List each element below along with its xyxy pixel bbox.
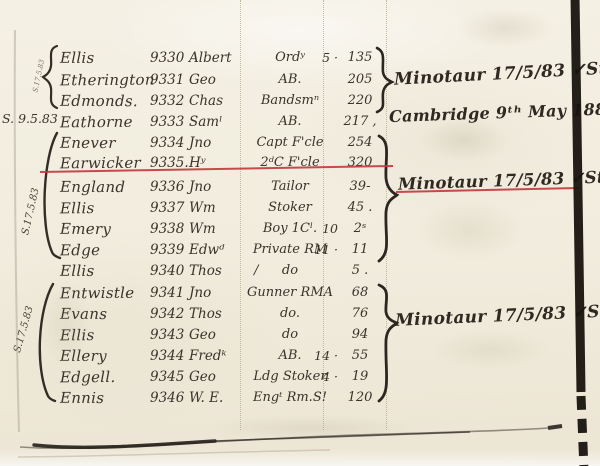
cell-c2: 254 <box>341 133 379 153</box>
page-bottom-edge <box>20 428 548 448</box>
cell-c2: 55 <box>341 346 379 366</box>
cell-surname: Edgell. <box>60 367 152 388</box>
cell-c1: 4 · <box>312 367 338 387</box>
register-row: Ellis9337WmStoker45 . <box>0 198 600 219</box>
cell-surname: Ellery <box>60 346 152 366</box>
cell-number: 9333 <box>150 112 184 132</box>
cell-c2: 11 <box>341 240 379 260</box>
cell-rating: AB. <box>242 70 338 90</box>
cell-number: 9331 <box>150 70 184 90</box>
register-row: Edgell.9345GeoLdg Stoker4 ·19 <box>0 367 600 388</box>
cell-surname: Ennis <box>60 388 152 408</box>
register-row: Ellis9340Thosdo/5 . <box>0 261 600 282</box>
cell-name: Wm <box>189 198 216 218</box>
cell-c2: 205 <box>341 70 379 90</box>
cell-rating: AB. <box>242 112 338 132</box>
cell-surname: Ellis <box>60 48 152 68</box>
cell-rating: Tailor <box>242 177 338 197</box>
cell-surname: Ellis <box>60 261 152 281</box>
cell-name: Geo <box>189 367 216 387</box>
cell-number: 9345 <box>150 367 184 387</box>
page-bottom-edge-blob <box>548 426 562 428</box>
cell-number: 9335. <box>150 153 189 173</box>
cell-number: 9341 <box>150 283 184 303</box>
cell-number: 9346 <box>150 388 184 408</box>
cell-name: Geo <box>189 325 216 345</box>
cell-surname: Eathorne <box>60 112 152 133</box>
cell-number: 9337 <box>150 198 184 218</box>
register-row: Ennis9346W. E.Engᵗ Rm.S!120 <box>0 388 600 409</box>
page-bottom-edge-mid <box>215 432 470 441</box>
cell-rating: Capt F'cle <box>242 133 338 153</box>
cell-c2: 68 <box>341 283 379 303</box>
cell-name: Geo <box>189 70 216 90</box>
cell-c2: 94 <box>341 325 379 345</box>
cell-c2: 120 <box>341 388 379 408</box>
cell-c2: 76 <box>341 304 379 324</box>
cell-surname: Earwicker <box>60 153 152 174</box>
cell-c1: 14 · <box>312 346 338 366</box>
register-row: Edge9339EdwᵈPrivate RM11 ·11 <box>0 240 600 261</box>
cell-c2: 2ˢ <box>341 219 379 239</box>
cell-c2: 5 . <box>341 261 379 281</box>
cell-rating: do <box>242 325 338 345</box>
cell-rating: 2ᵈC F'cle <box>242 153 338 173</box>
cell-rating: Stoker <box>242 198 338 218</box>
margin-date-eathorne: S. 9.5.83 <box>2 111 58 126</box>
cell-c2: 19 <box>341 367 379 387</box>
cell-number: 9334 <box>150 133 184 153</box>
cell-name: Hʸ <box>189 153 206 173</box>
cell-name: W. E. <box>189 388 223 408</box>
cell-number: 9339 <box>150 240 184 260</box>
cell-name: Jno <box>189 283 211 303</box>
cell-surname: Enever <box>60 133 152 153</box>
cell-c2: 217 , <box>341 112 379 132</box>
cell-c1: 5 · <box>312 48 338 68</box>
cell-c2: 135 <box>341 48 379 68</box>
cell-name: Chas <box>189 91 223 111</box>
cell-c1: 11 · <box>312 240 338 260</box>
cell-name: Samˡ <box>189 112 222 132</box>
cell-name: Thos <box>189 261 222 281</box>
bleedthrough-smudge <box>200 415 420 441</box>
cell-rating: do. <box>242 304 338 324</box>
cell-rating: Bandsmⁿ <box>242 91 338 111</box>
cell-pre: / <box>254 261 258 281</box>
bleedthrough-smudge <box>455 8 555 48</box>
cell-surname: Edmonds. <box>60 91 152 111</box>
register-row: Entwistle9341JnoGunner RMA68 <box>0 283 600 304</box>
cell-c2: 45 . <box>341 198 379 218</box>
cell-number: 9342 <box>150 304 184 324</box>
cell-name: Wm <box>189 219 216 239</box>
cell-c2: 39- <box>341 177 379 197</box>
cell-name: Jno <box>189 133 211 153</box>
cell-number: 9343 <box>150 325 184 345</box>
cell-number: 9344 <box>150 346 184 366</box>
scanned-register-page: Ellis9330AlbertOrdʸ5 ·135Etherington9331… <box>0 0 600 466</box>
cell-rating: Engᵗ Rm.S! <box>242 388 338 408</box>
cell-c2: 320 <box>341 153 379 173</box>
cell-number: 9338 <box>150 219 184 239</box>
register-row: Emery9338WmBoy 1Cˡ.102ˢ <box>0 219 600 240</box>
cell-name: Albert <box>189 48 232 68</box>
cell-surname: Evans <box>60 304 152 324</box>
cell-number: 9336 <box>150 177 184 197</box>
register-row: Ellis9343Geodo94 <box>0 325 600 346</box>
page-bottom-fade <box>0 449 600 466</box>
cell-surname: Edge <box>60 240 152 261</box>
cell-number: 9332 <box>150 91 184 111</box>
cell-name: Edwᵈ <box>189 240 224 260</box>
cell-rating: Gunner RMA <box>242 283 338 303</box>
cell-name: Thos <box>189 304 222 324</box>
cell-surname: Ellis <box>60 325 152 346</box>
cell-c2: 220 <box>341 91 379 111</box>
cell-surname: Etherington <box>60 70 152 91</box>
cell-surname: England <box>60 177 152 197</box>
cell-name: Jno <box>189 177 211 197</box>
page-bottom-edge-dark <box>34 441 215 447</box>
cell-c1: 10 <box>312 219 338 239</box>
cell-surname: Emery <box>60 219 152 239</box>
cell-name: Fredᵏ <box>189 346 226 366</box>
register-row: Enever9334JnoCapt F'cle254 <box>0 133 600 154</box>
cell-surname: Ellis <box>60 198 152 219</box>
cell-number: 9340 <box>150 261 184 281</box>
cell-surname: Entwistle <box>60 283 152 304</box>
register-row: Ellery9344FredᵏAB.14 ·55 <box>0 346 600 367</box>
cell-number: 9330 <box>150 48 184 68</box>
